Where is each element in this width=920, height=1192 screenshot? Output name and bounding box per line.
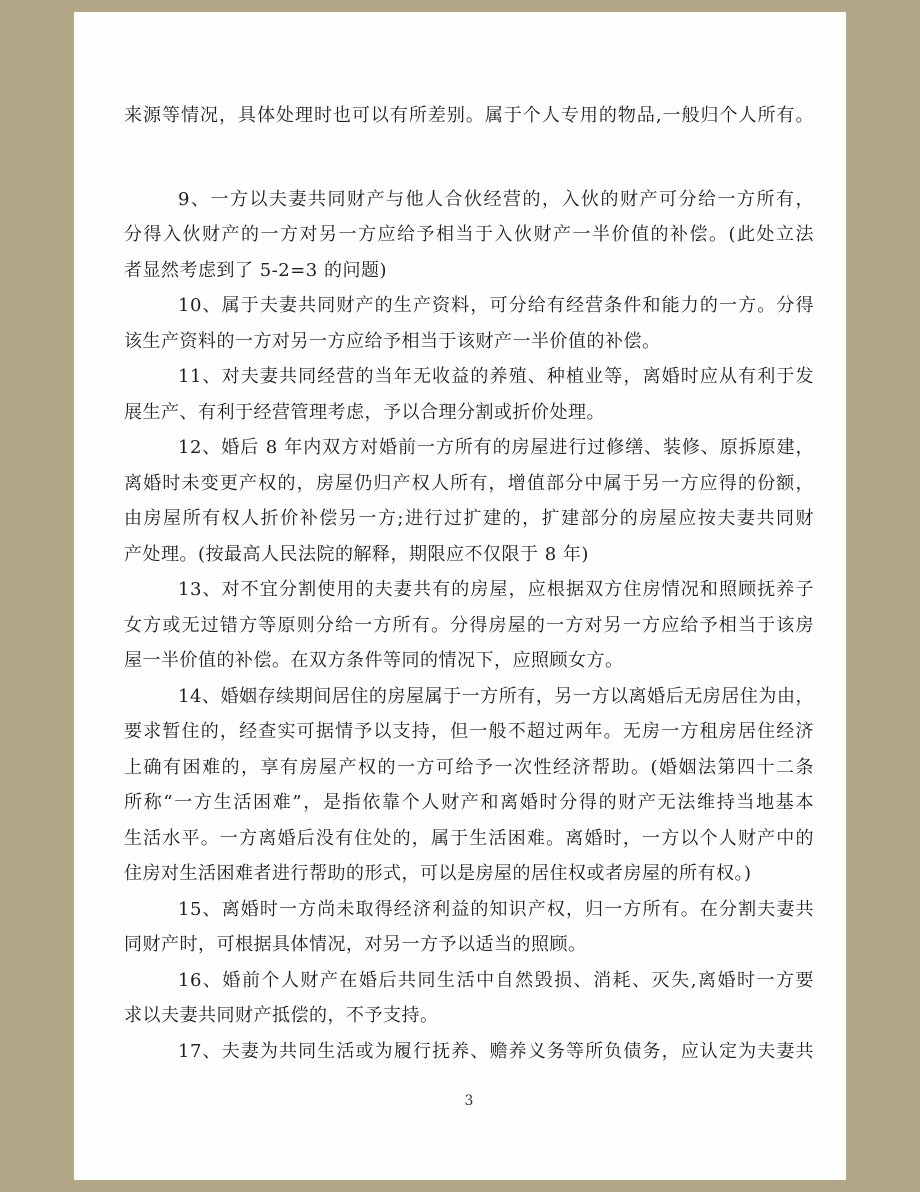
text-line: 17、夫妻为共同生活或为履行抚养、赡养义务等所负债务，应认定为夫妻共 — [124, 1034, 814, 1070]
text-line: 分得入伙财产的一方对另一方应给予相当于入伙财产一半价值的补偿。(此处立法 — [124, 217, 814, 253]
text-line: 同财产时，可根据具体情况，对另一方予以适当的照顾。 — [124, 927, 814, 963]
text-line: 屋一半价值的补偿。在双方条件等同的情况下，应照顾女方。 — [124, 643, 814, 679]
text-line: 该生产资料的一方对另一方应给予相当于该财产一半价值的补偿。 — [124, 324, 814, 360]
text-line: 产处理。(按最高人民法院的解释，期限应不仅限于 8 年) — [124, 537, 814, 573]
text-line: 11、对夫妻共同经营的当年无收益的养殖、种植业等，离婚时应从有利于发 — [124, 359, 814, 395]
text-line: 上确有困难的，享有房屋产权的一方可给予一次性经济帮助。(婚姻法第四十二条 — [124, 750, 814, 786]
text-line: 女方或无过错方等原则分给一方所有。分得房屋的一方对另一方应给予相当于该房 — [124, 608, 814, 644]
text-line: 由房屋所有权人折价补偿另一方;进行过扩建的，扩建部分的房屋应按夫妻共同财 — [124, 501, 814, 537]
text-line: 离婚时未变更产权的，房屋仍归产权人所有，增值部分中属于另一方应得的份额， — [124, 466, 814, 502]
text-line: 9、一方以夫妻共同财产与他人合伙经营的，入伙的财产可分给一方所有， — [124, 182, 814, 218]
text-line: 15、离婚时一方尚未取得经济利益的知识产权，归一方所有。在分割夫妻共 — [124, 892, 814, 928]
document-body: 来源等情况，具体处理时也可以有所差别。属于个人专用的物品,一般归个人所有。9、一… — [124, 98, 814, 1069]
text-line: 住房对生活困难者进行帮助的形式，可以是房屋的居住权或者房屋的所有权。) — [124, 856, 814, 892]
page-number: 3 — [124, 1091, 814, 1111]
text-line: 13、对不宜分割使用的夫妻共有的房屋，应根据双方住房情况和照顾抚养子 — [124, 572, 814, 608]
text-line: 14、婚姻存续期间居住的房屋属于一方所有，另一方以离婚后无房居住为由， — [124, 679, 814, 715]
text-line: 求以夫妻共同财产抵偿的，不予支持。 — [124, 998, 814, 1034]
text-line: 展生产、有利于经营管理考虑，予以合理分割或折价处理。 — [124, 395, 814, 431]
text-line: 所称“一方生活困难”，是指依靠个人财产和离婚时分得的财产无法维持当地基本 — [124, 785, 814, 821]
text-line: 10、属于夫妻共同财产的生产资料，可分给有经营条件和能力的一方。分得 — [124, 288, 814, 324]
text-line: 要求暂住的，经查实可据情予以支持，但一般不超过两年。无房一方租房居住经济 — [124, 714, 814, 750]
document-page: 来源等情况，具体处理时也可以有所差别。属于个人专用的物品,一般归个人所有。9、一… — [74, 12, 846, 1180]
text-line: 12、婚后 8 年内双方对婚前一方所有的房屋进行过修缮、装修、原拆原建， — [124, 430, 814, 466]
text-line: 者显然考虑到了 5-2=3 的问题) — [124, 253, 814, 289]
text-line: 来源等情况，具体处理时也可以有所差别。属于个人专用的物品,一般归个人所有。 — [124, 98, 814, 134]
text-line: 生活水平。一方离婚后没有住处的，属于生活困难。离婚时，一方以个人财产中的 — [124, 821, 814, 857]
text-line: 16、婚前个人财产在婚后共同生活中自然毁损、消耗、灭失,离婚时一方要 — [124, 963, 814, 999]
